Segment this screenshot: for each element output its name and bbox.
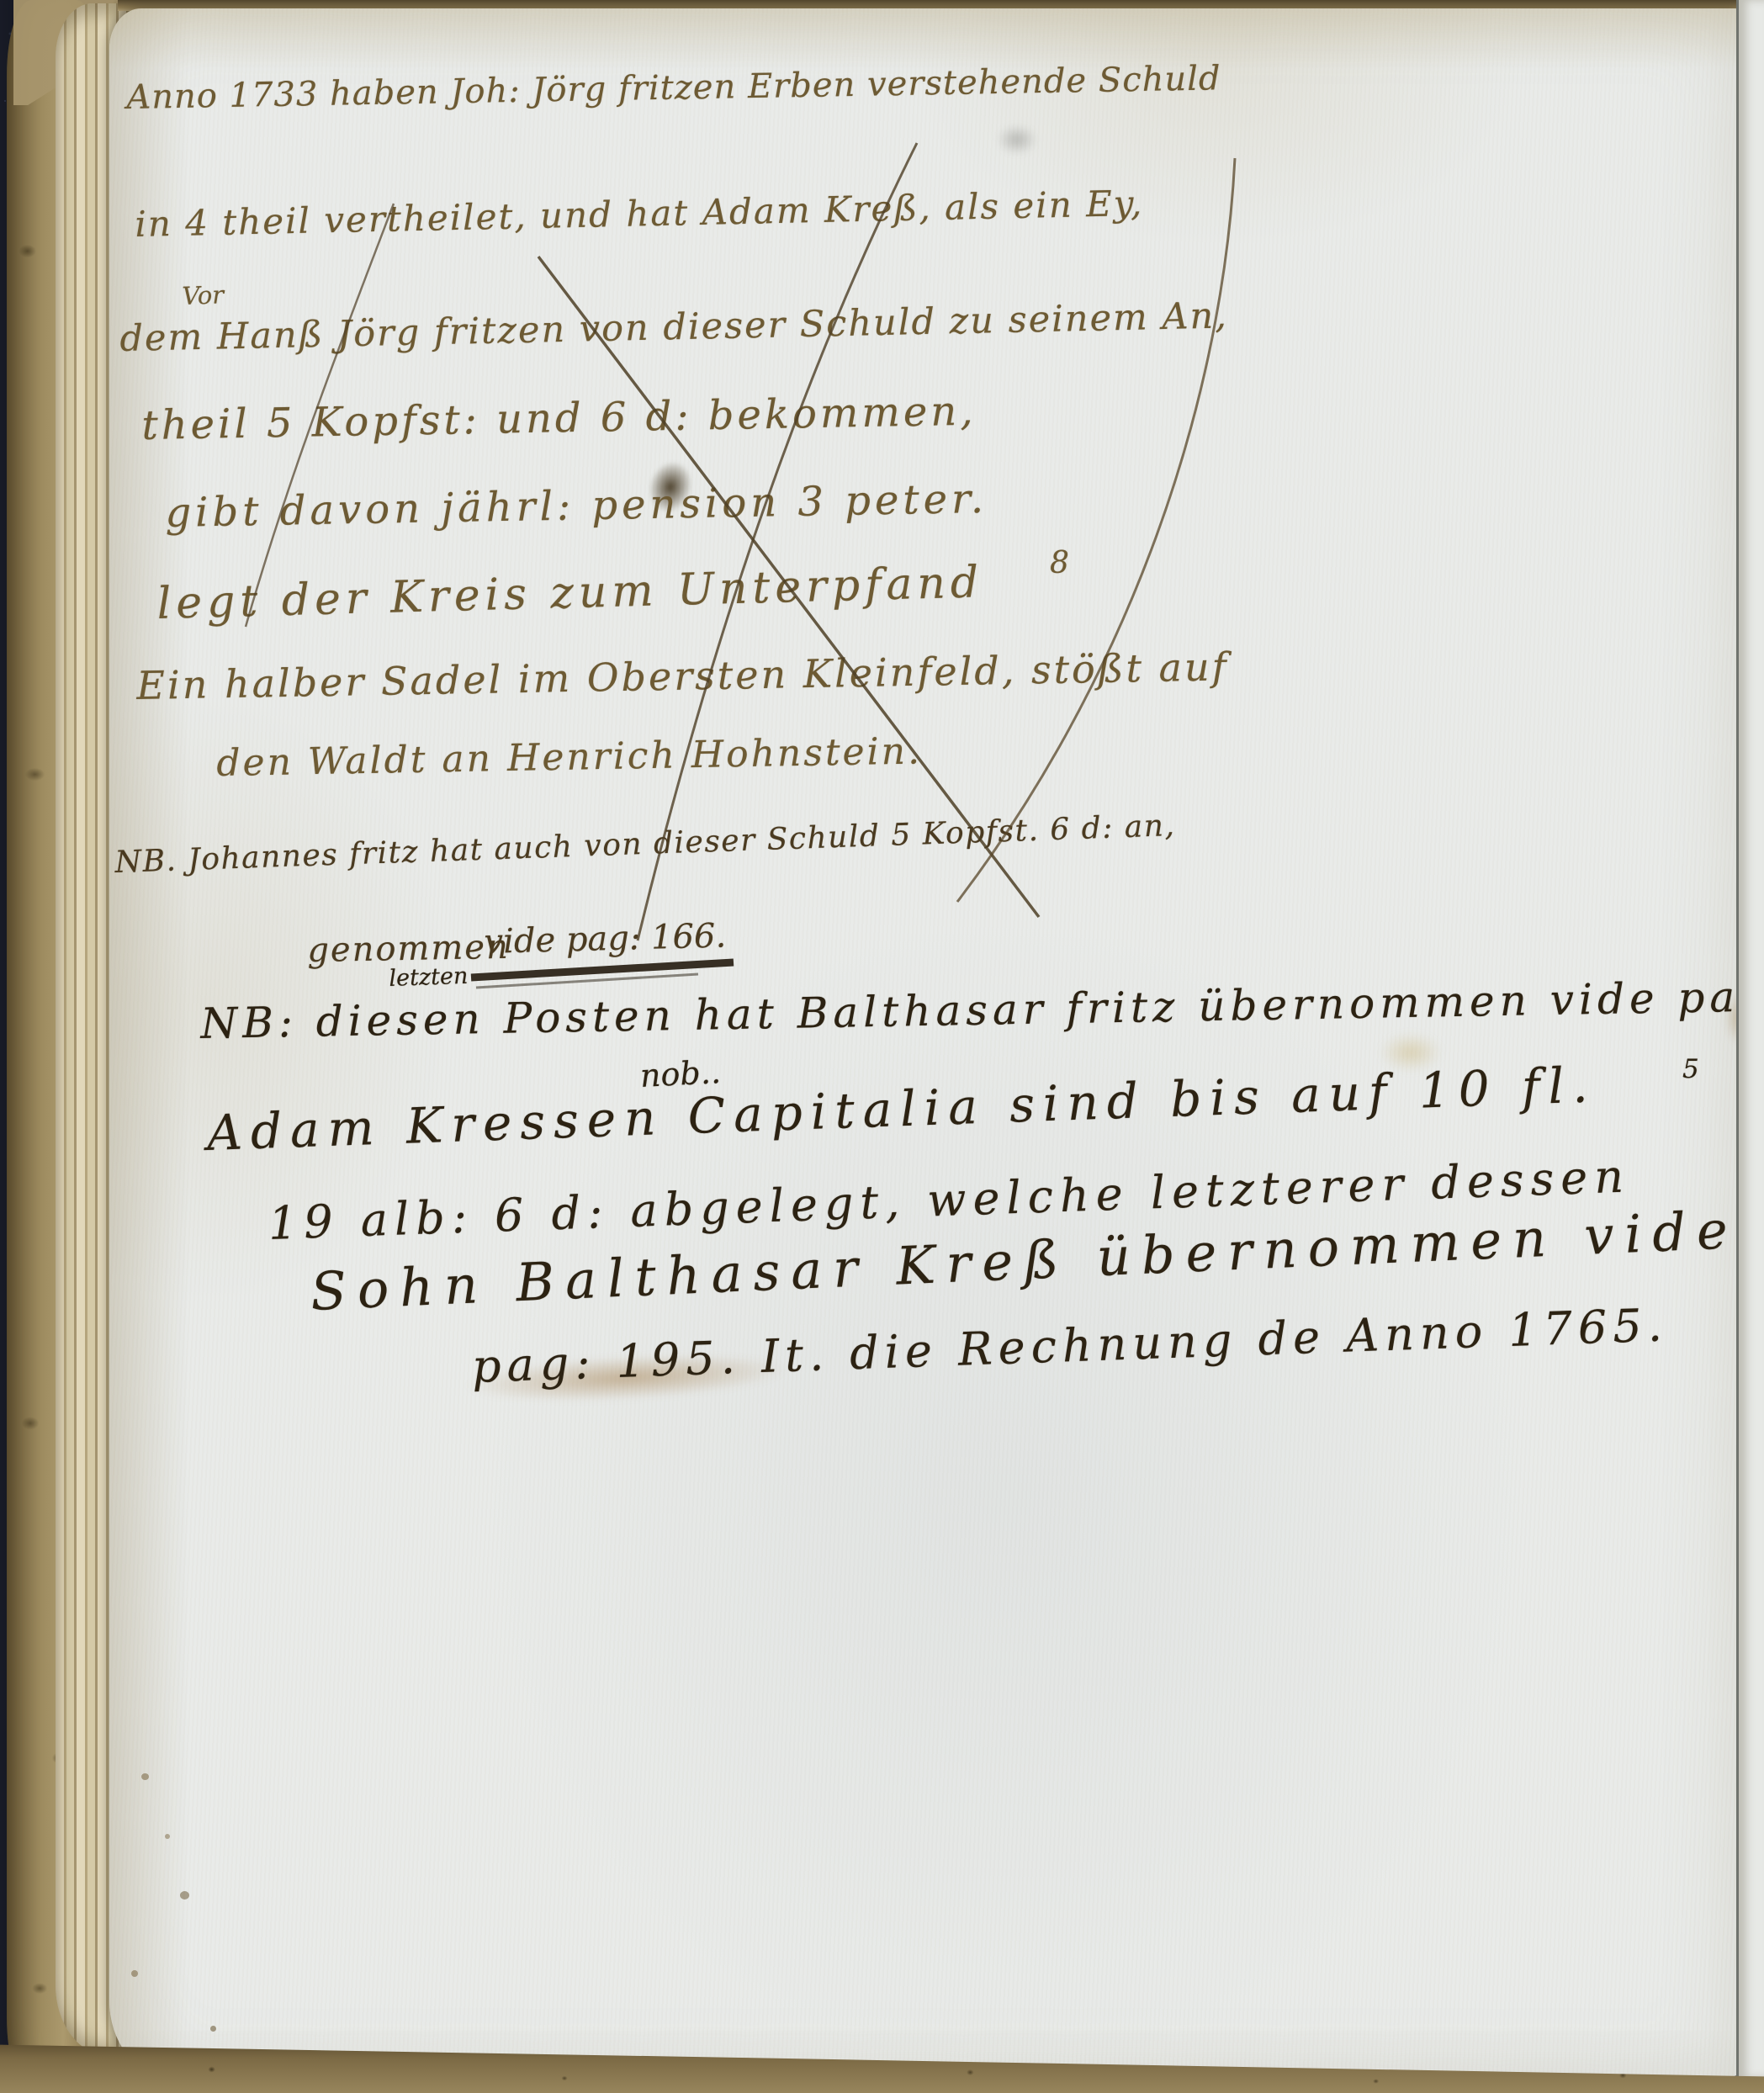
interlinear-insertion: 8 (1050, 548, 1069, 579)
interlinear-insertion: letzten (389, 965, 469, 990)
struck-reference: vide pag: 166. (484, 919, 727, 959)
foxing-spot (141, 1773, 149, 1780)
foxing-spot (180, 1891, 189, 1900)
next-page-sliver (1736, 0, 1764, 2078)
photographed-manuscript: Anno 1733 haben Joh: Jörg fritzen Erben … (0, 0, 1764, 2093)
foxing-spot (131, 1970, 138, 1977)
gray-blotch (997, 125, 1037, 155)
foxing-spot (165, 1834, 170, 1839)
interlinear-insertion: Vor (182, 283, 225, 309)
foxing-spot (210, 2026, 216, 2032)
page-number-note: 5 (1682, 1057, 1699, 1083)
nb-note-line: genommen (307, 930, 510, 967)
